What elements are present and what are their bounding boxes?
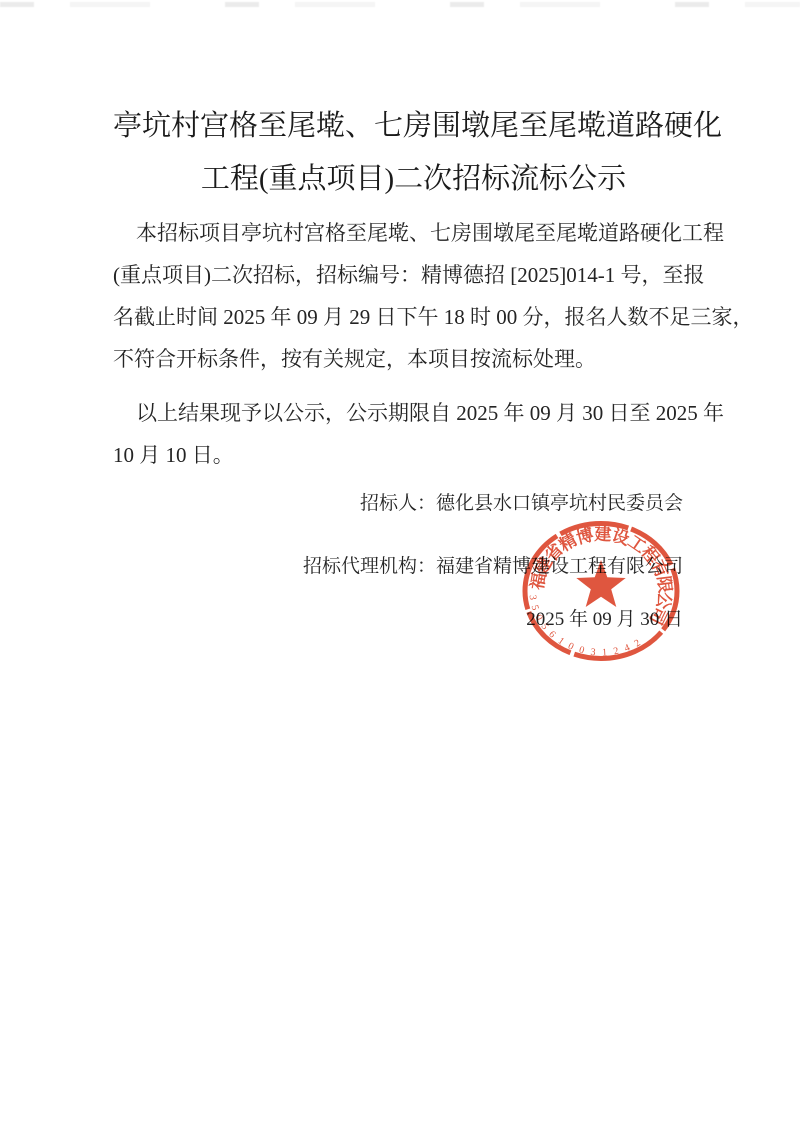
seal-arc-char: 博 — [574, 524, 596, 548]
seal-serial-digit: 1 — [602, 647, 608, 658]
seal-serial-digit: 3 — [527, 594, 538, 600]
title-line-2: 工程(重点项目)二次招标流标公示 — [113, 153, 714, 206]
star-icon — [576, 560, 625, 607]
seal-serial-digit: 5 — [529, 604, 541, 612]
document-page: 亭坑村宫格至尾墘、七房围墩尾至尾墘道路硬化 工程(重点项目)二次招标流标公示 本… — [0, 0, 800, 1130]
seal-serial-digit: 4 — [623, 642, 632, 654]
seal-arc-char: 建 — [594, 524, 612, 544]
seal-serial-digit: 0 — [566, 641, 575, 653]
body-line: 本招标项目亭坑村宫格至尾墘、七房围墩尾至尾墘道路硬化工程 — [113, 212, 714, 254]
seal-serial: 3505610031242 — [527, 594, 643, 658]
seal-serial-digit: 2 — [612, 646, 619, 658]
body-line: 以上结果现予以公示，公示期限自 2025 年 09 月 30 日至 2025 年 — [113, 392, 714, 434]
paragraph-1: 本招标项目亭坑村宫格至尾墘、七房围墩尾至尾墘道路硬化工程 (重点项目)二次招标，… — [113, 212, 714, 380]
seal-serial-digit: 5 — [539, 621, 551, 631]
body-line: 10 月 10 日。 — [113, 434, 714, 476]
body-line: 名截止时间 2025 年 09 月 29 日下午 18 时 00 分，报名人数不… — [113, 296, 714, 338]
body-line: (重点项目)二次招标，招标编号：精博德招 [2025]014-1 号，至报 — [113, 254, 714, 296]
document-title: 亭坑村宫格至尾墘、七房围墩尾至尾墘道路硬化 工程(重点项目)二次招标流标公示 — [113, 100, 714, 206]
title-line-1: 亭坑村宫格至尾墘、七房围墩尾至尾墘道路硬化 — [113, 100, 714, 153]
seal-serial-digit: 2 — [632, 638, 642, 650]
seal-serial-digit: 0 — [533, 613, 545, 622]
company-seal: 福建省精博建设工程有限公司 3505610031242 — [514, 504, 688, 678]
paragraph-2: 以上结果现予以公示，公示期限自 2025 年 09 月 30 日至 2025 年… — [113, 392, 714, 476]
body-line: 不符合开标条件，按有关规定，本项目按流标处理。 — [113, 338, 714, 380]
